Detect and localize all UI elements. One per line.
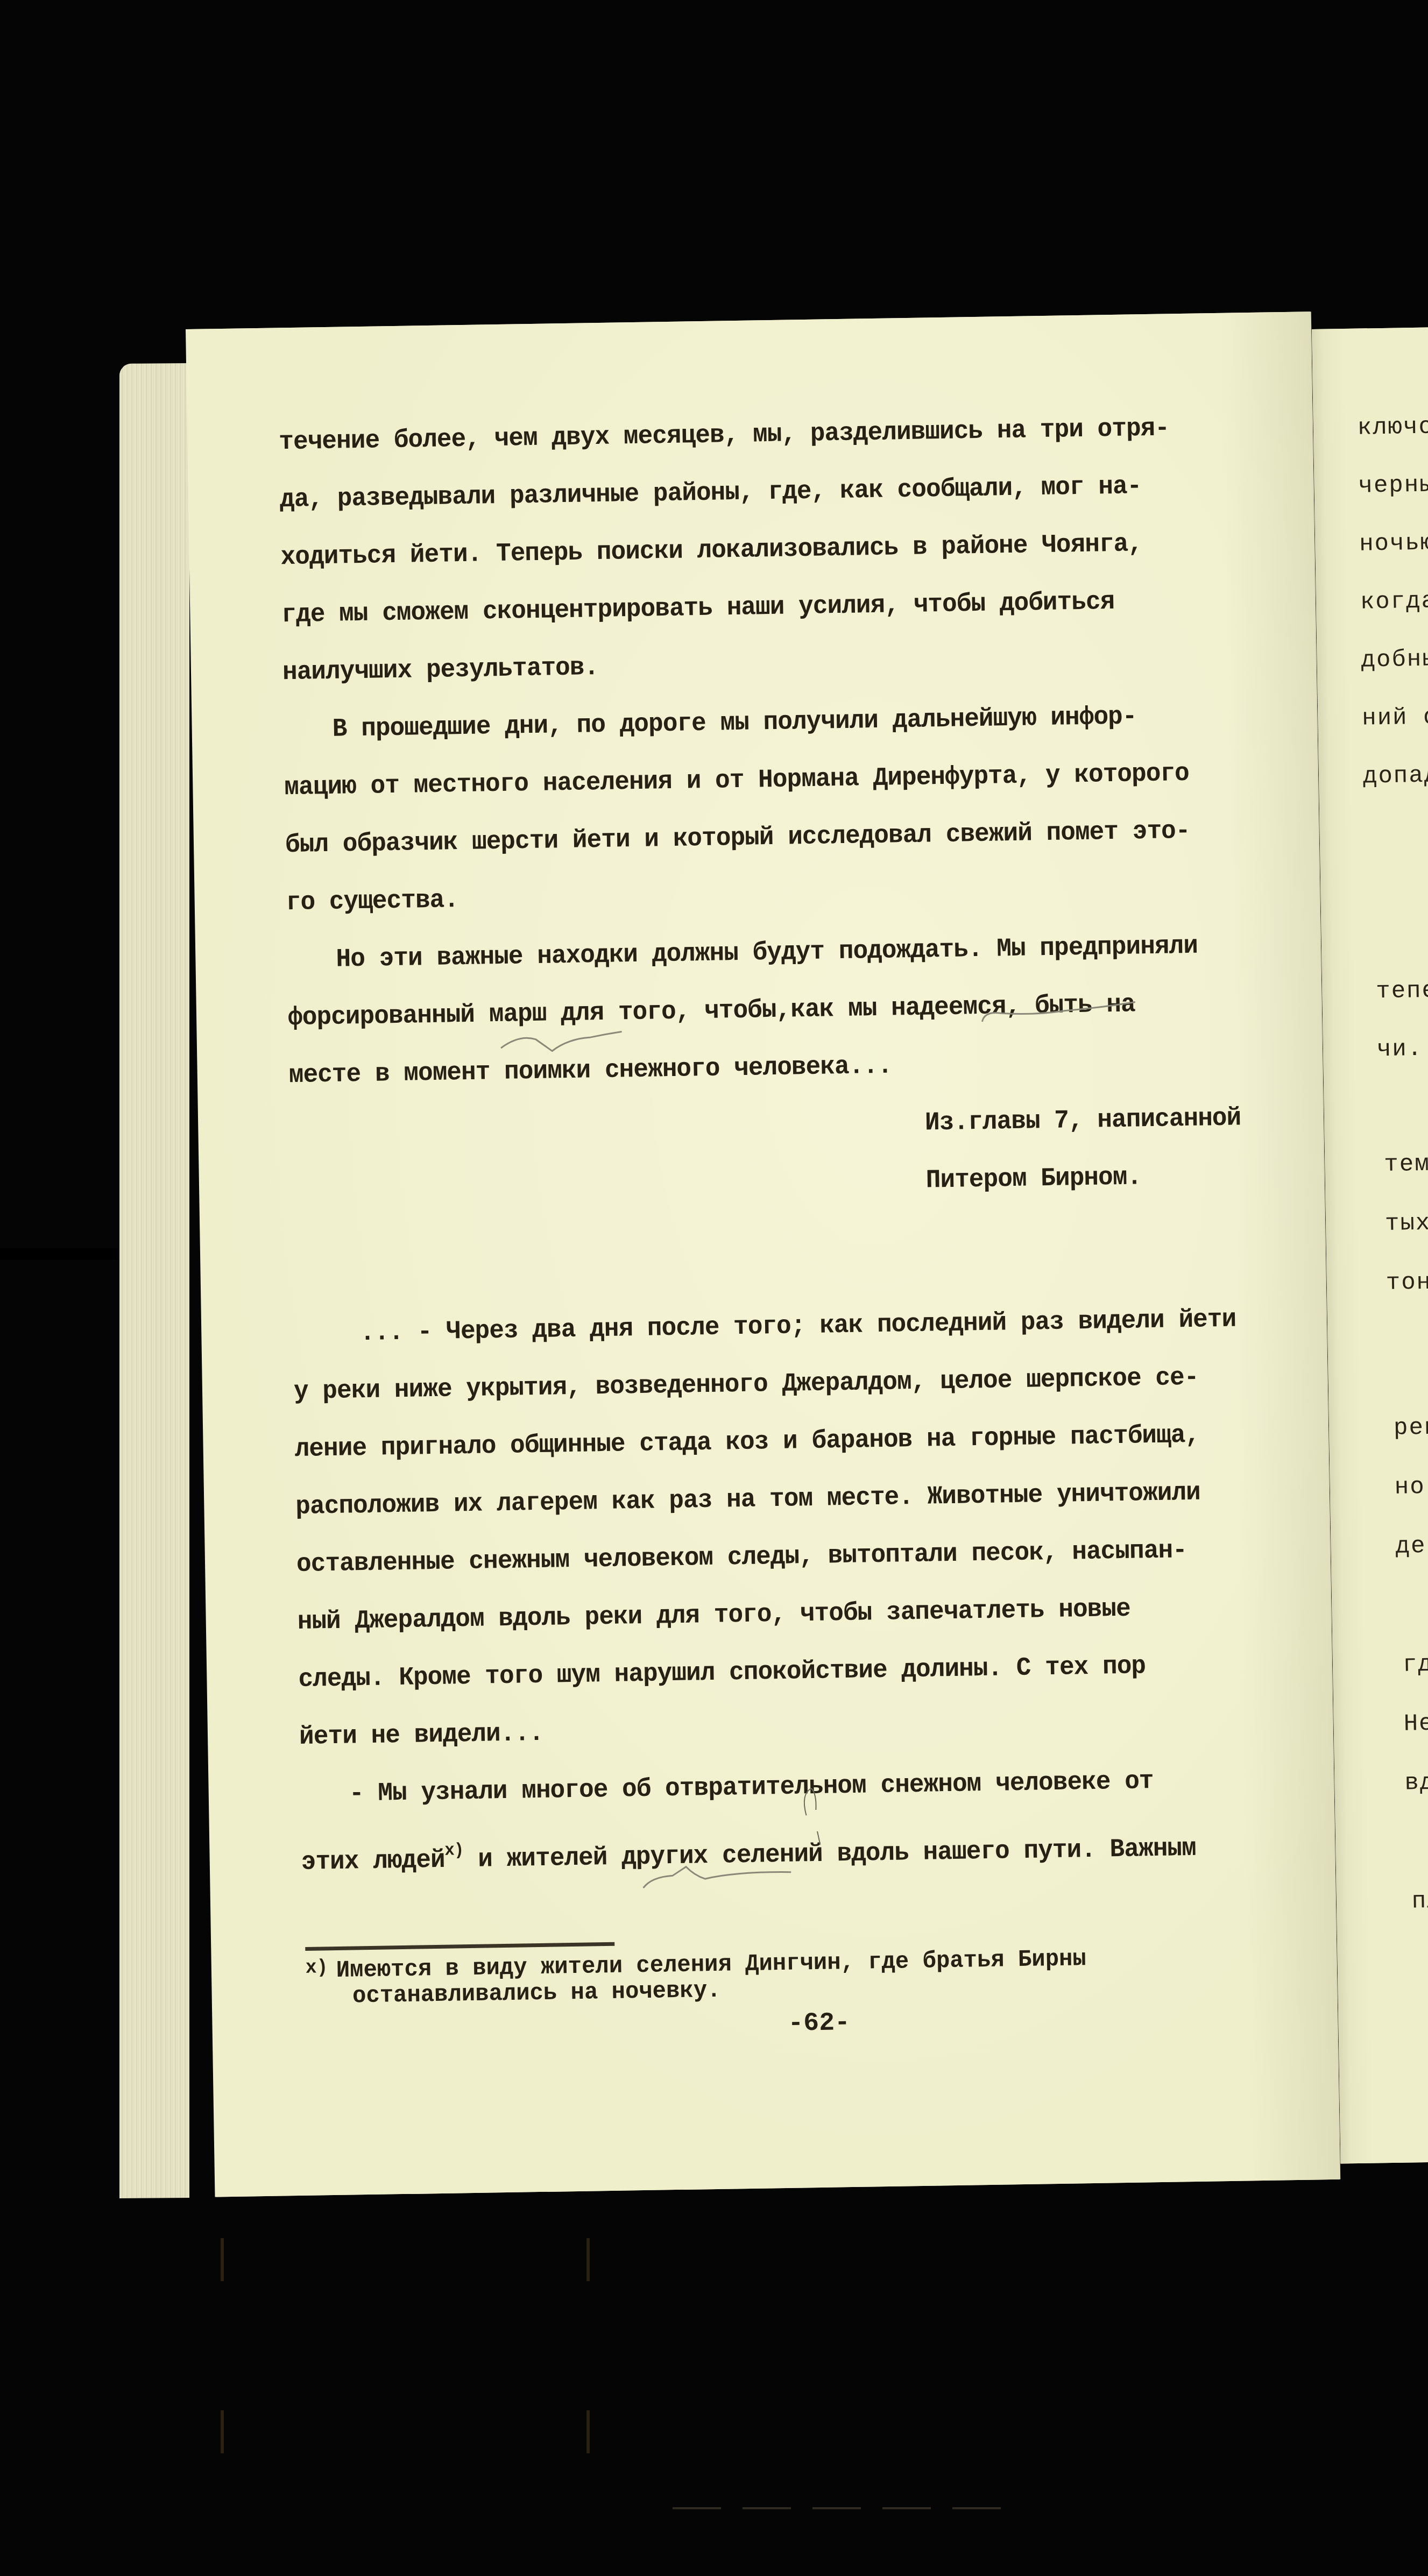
adjacent-fragment: тонк bbox=[1385, 1269, 1428, 1297]
background-mark bbox=[743, 2507, 791, 2509]
paragraph: Но эти важные находки должны будут подож… bbox=[287, 916, 1285, 1105]
page-stack-edge bbox=[119, 363, 189, 2198]
adjacent-fragment: ного bbox=[1394, 1473, 1428, 1501]
adjacent-fragment: тых bbox=[1385, 1210, 1428, 1237]
page-number: -62- bbox=[788, 2008, 850, 2039]
footnote-divider bbox=[305, 1942, 614, 1951]
adjacent-fragment: вдв bbox=[1404, 1769, 1428, 1796]
adjacent-fragment: ний о bbox=[1362, 704, 1428, 732]
paragraph: - Мы узнали многое об отвратительном сне… bbox=[300, 1751, 1297, 1881]
section-gap bbox=[291, 1204, 1288, 1306]
adjacent-fragment: дени bbox=[1395, 1532, 1428, 1560]
adjacent-fragment: Нек bbox=[1403, 1710, 1428, 1737]
adjacent-fragment: темн bbox=[1384, 1150, 1428, 1178]
background-mark bbox=[812, 2507, 861, 2509]
adjacent-fragment: пло bbox=[1412, 1887, 1428, 1915]
adjacent-fragment: реве bbox=[1394, 1414, 1428, 1442]
background-mark bbox=[586, 2410, 590, 2453]
footnote-reference: x) bbox=[444, 1840, 464, 1860]
adjacent-fragment: допад bbox=[1363, 762, 1428, 790]
footnote: x)Имеются в виду жители селения Дингчин,… bbox=[305, 1943, 1086, 2010]
adjacent-fragment: чи. bbox=[1377, 1036, 1423, 1063]
attribution: Из.главы 7, написанной Питером Бирном. bbox=[289, 1089, 1286, 1220]
footnote-marker: x) bbox=[306, 1956, 328, 1979]
adjacent-fragment: черны bbox=[1358, 471, 1428, 499]
background-mark bbox=[221, 2410, 224, 2453]
text-span: этих людей bbox=[301, 1846, 445, 1877]
adjacent-fragment: когда bbox=[1360, 588, 1428, 615]
paragraph: течение более, чем двух месяцев, мы, раз… bbox=[278, 398, 1278, 702]
paragraph: В прошедшие дни, по дороге мы получили д… bbox=[283, 686, 1282, 932]
background-mark bbox=[221, 2238, 224, 2281]
background-mark bbox=[673, 2507, 721, 2509]
adjacent-fragment: тепер bbox=[1376, 977, 1428, 1005]
adjacent-fragment: ключов bbox=[1358, 413, 1428, 442]
background-mark bbox=[952, 2507, 1001, 2509]
page-body: течение более, чем двух месяцев, мы, раз… bbox=[278, 398, 1297, 1881]
adjacent-fragment: ночью bbox=[1359, 529, 1428, 557]
text-span: и жителей других селений вдоль нашего пу… bbox=[463, 1834, 1196, 1874]
background-band bbox=[0, 1248, 129, 1260]
background-mark bbox=[882, 2507, 931, 2509]
adjacent-fragment: добны bbox=[1361, 646, 1428, 674]
paragraph: ... - Через два дня после того; как посл… bbox=[293, 1290, 1295, 1766]
background-mark bbox=[586, 2238, 590, 2281]
document-page: течение более, чем двух месяцев, мы, раз… bbox=[186, 312, 1339, 2197]
adjacent-fragment: где bbox=[1403, 1651, 1428, 1678]
